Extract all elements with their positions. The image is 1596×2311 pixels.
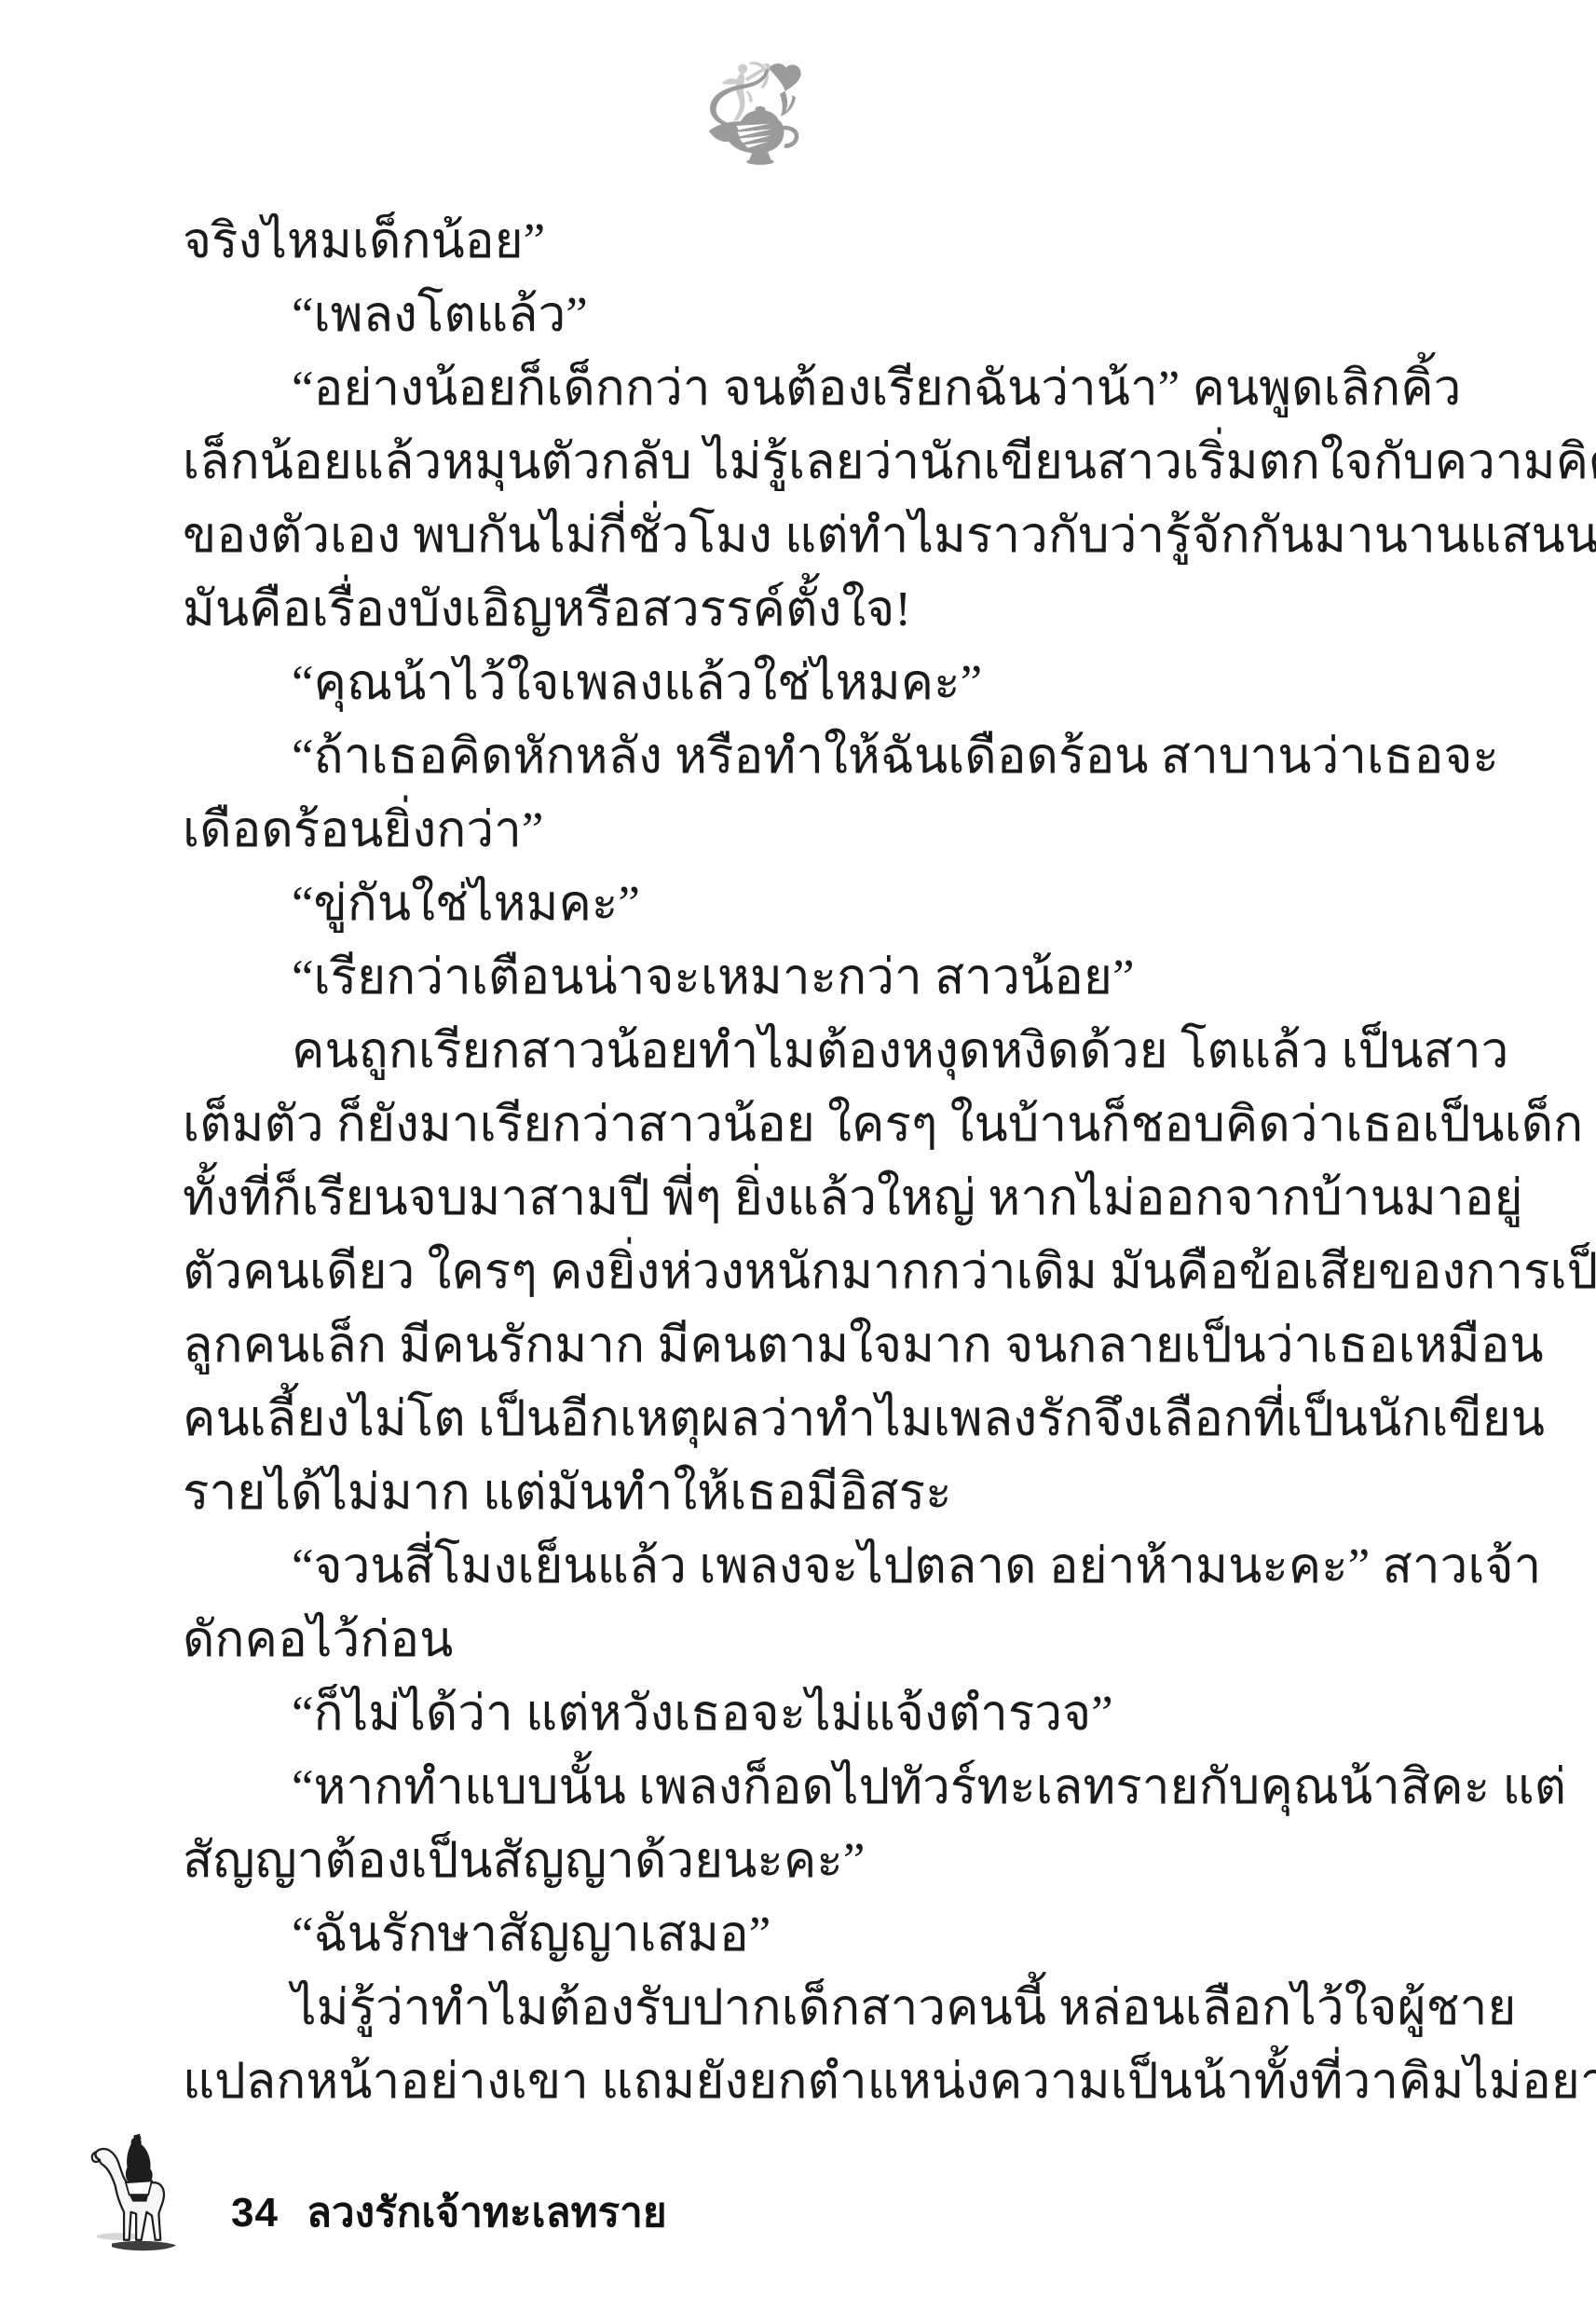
text-line: จริงไหมเด็กน้อย” — [183, 205, 1470, 279]
text-line: “อย่างน้อยก็เด็กกว่า จนต้องเรียกฉันว่าน้… — [183, 352, 1470, 426]
text-line: “ขู่กันใช่ไหมคะ” — [183, 868, 1470, 941]
text-line: เต็มตัว ก็ยังมาเรียกว่าสาวน้อย ใครๆ ในบ้… — [183, 1088, 1470, 1162]
text-line: ไม่รู้ว่าทำไมต้องรับปากเด็กสาวคนนี้ หล่อ… — [183, 1972, 1470, 2045]
text-line: ของตัวเอง พบกันไม่กี่ชั่วโมง แต่ทำไมราวก… — [183, 499, 1470, 573]
text-line: เล็กน้อยแล้วหมุนตัวกลับ ไม่รู้เลยว่านักเ… — [183, 426, 1470, 499]
camel-rider-icon — [86, 2132, 190, 2263]
text-line: แปลกหน้าอย่างเขา แถมยังยกตำแหน่งความเป็น… — [183, 2045, 1470, 2119]
page-number: 34 — [231, 2190, 279, 2236]
book-page: จริงไหมเด็กน้อย”“เพลงโตแล้ว”“อย่างน้อยก็… — [0, 0, 1596, 2311]
text-line: “จวนสี่โมงเย็นแล้ว เพลงจะไปตลาด อย่าห้าม… — [183, 1530, 1470, 1604]
text-line: “ฉันรักษาสัญญาเสมอ” — [183, 1898, 1470, 1972]
text-line: เดือดร้อนยิ่งกว่า” — [183, 794, 1470, 868]
text-line: “คุณน้าไว้ใจเพลงแล้วใช่ไหมคะ” — [183, 647, 1470, 720]
page-text: จริงไหมเด็กน้อย”“เพลงโตแล้ว”“อย่างน้อยก็… — [183, 205, 1470, 2119]
text-line: “เรียกว่าเตือนน่าจะเหมาะกว่า สาวน้อย” — [183, 941, 1470, 1015]
text-line: สัญญาต้องเป็นสัญญาด้วยนะคะ” — [183, 1825, 1470, 1898]
text-line: ลูกคนเล็ก มีคนรักมาก มีคนตามใจมาก จนกลาย… — [183, 1309, 1470, 1383]
text-line: “ก็ไม่ได้ว่า แต่หวังเธอจะไม่แจ้งตำรวจ” — [183, 1677, 1470, 1751]
text-line: มันคือเรื่องบังเอิญหรือสวรรค์ตั้งใจ! — [183, 573, 1470, 647]
text-line: ตัวคนเดียว ใครๆ คงยิ่งห่วงหนักมากกว่าเดิ… — [183, 1236, 1470, 1309]
text-line: “เพลงโตแล้ว” — [183, 279, 1470, 352]
text-line: คนเลี้ยงไม่โต เป็นอีกเหตุผลว่าทำไมเพลงรั… — [183, 1383, 1470, 1456]
text-line: รายได้ไม่มาก แต่มันทำให้เธอมีอิสระ — [183, 1456, 1470, 1530]
text-line: ดักคอไว้ก่อน — [183, 1604, 1470, 1677]
text-line: ทั้งที่ก็เรียนจบมาสามปี พี่ๆ ยิ่งแล้วใหญ… — [183, 1162, 1470, 1236]
text-line: “ถ้าเธอคิดหักหลัง หรือทำให้ฉันเดือดร้อน … — [183, 720, 1470, 794]
text-line: “หากทำแบบนั้น เพลงก็อดไปทัวร์ทะเลทรายกับ… — [183, 1751, 1470, 1825]
text-line: คนถูกเรียกสาวน้อยทำไมต้องหงุดหงิดด้วย โต… — [183, 1015, 1470, 1088]
book-title: ลวงรักเจ้าทะเลทราย — [307, 2190, 667, 2236]
genie-lamp-cupid-icon — [686, 47, 812, 173]
page-footer: 34ลวงรักเจ้าทะเลทราย — [231, 2186, 667, 2240]
